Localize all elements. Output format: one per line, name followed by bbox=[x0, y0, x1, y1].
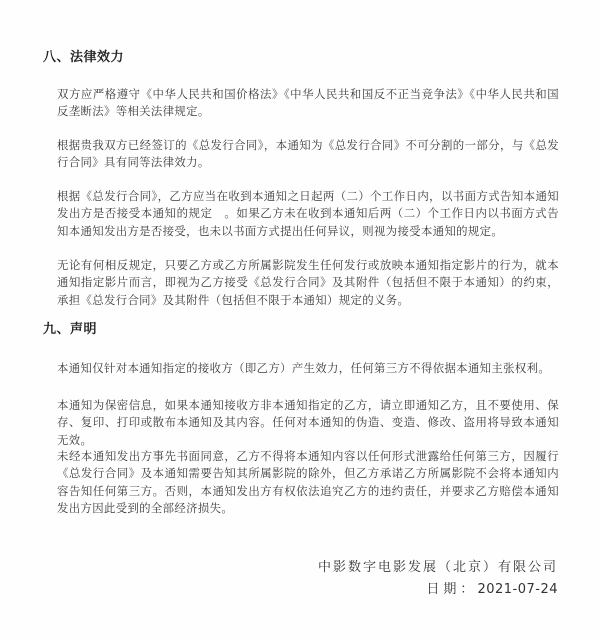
signature-date: 日期：2021-07-24 bbox=[426, 578, 558, 597]
paragraph-non-disclosure: 未经本通知发出方事先书面同意，乙方不得将本通知内容以任何形式泄露给任何第三方，因… bbox=[57, 448, 559, 517]
paragraph-acceptance-deadline: 根据《总发行合同》，乙方应当在收到本通知之日起两（二）个工作日内，以书面方式告知… bbox=[57, 188, 559, 240]
document-page: 八、法律效力 双方应严格遵守《中华人民共和国价格法》《中华人民共和国反不正当竞争… bbox=[0, 0, 600, 642]
paragraph-confidentiality: 本通知为保密信息，如果本通知接收方非本通知指定的乙方，请立即通知乙方，且不要使用… bbox=[57, 397, 559, 449]
signature-company: 中影数字电影发展（北京）有限公司 bbox=[318, 556, 558, 575]
section-heading-legal-effect: 八、法律效力 bbox=[43, 46, 124, 65]
section-heading-declaration: 九、声明 bbox=[43, 318, 97, 337]
paragraph-legal-compliance: 双方应严格遵守《中华人民共和国价格法》《中华人民共和国反不正当竞争法》《中华人民… bbox=[57, 86, 559, 121]
date-value: 2021-07-24 bbox=[477, 582, 558, 597]
paragraph-recipient-scope: 本通知仅针对本通知指定的接收方（即乙方）产生效力，任何第三方不得依据本通知主张权… bbox=[57, 360, 559, 377]
date-label: 日期： bbox=[426, 582, 477, 597]
paragraph-deemed-acceptance: 无论有何相反规定，只要乙方或乙方所属影院发生任何发行或放映本通知指定影片的行为，… bbox=[57, 257, 559, 309]
paragraph-contract-integral: 根据贵我双方已经签订的《总发行合同》，本通知为《总发行合同》不可分割的一部分，与… bbox=[57, 137, 559, 172]
